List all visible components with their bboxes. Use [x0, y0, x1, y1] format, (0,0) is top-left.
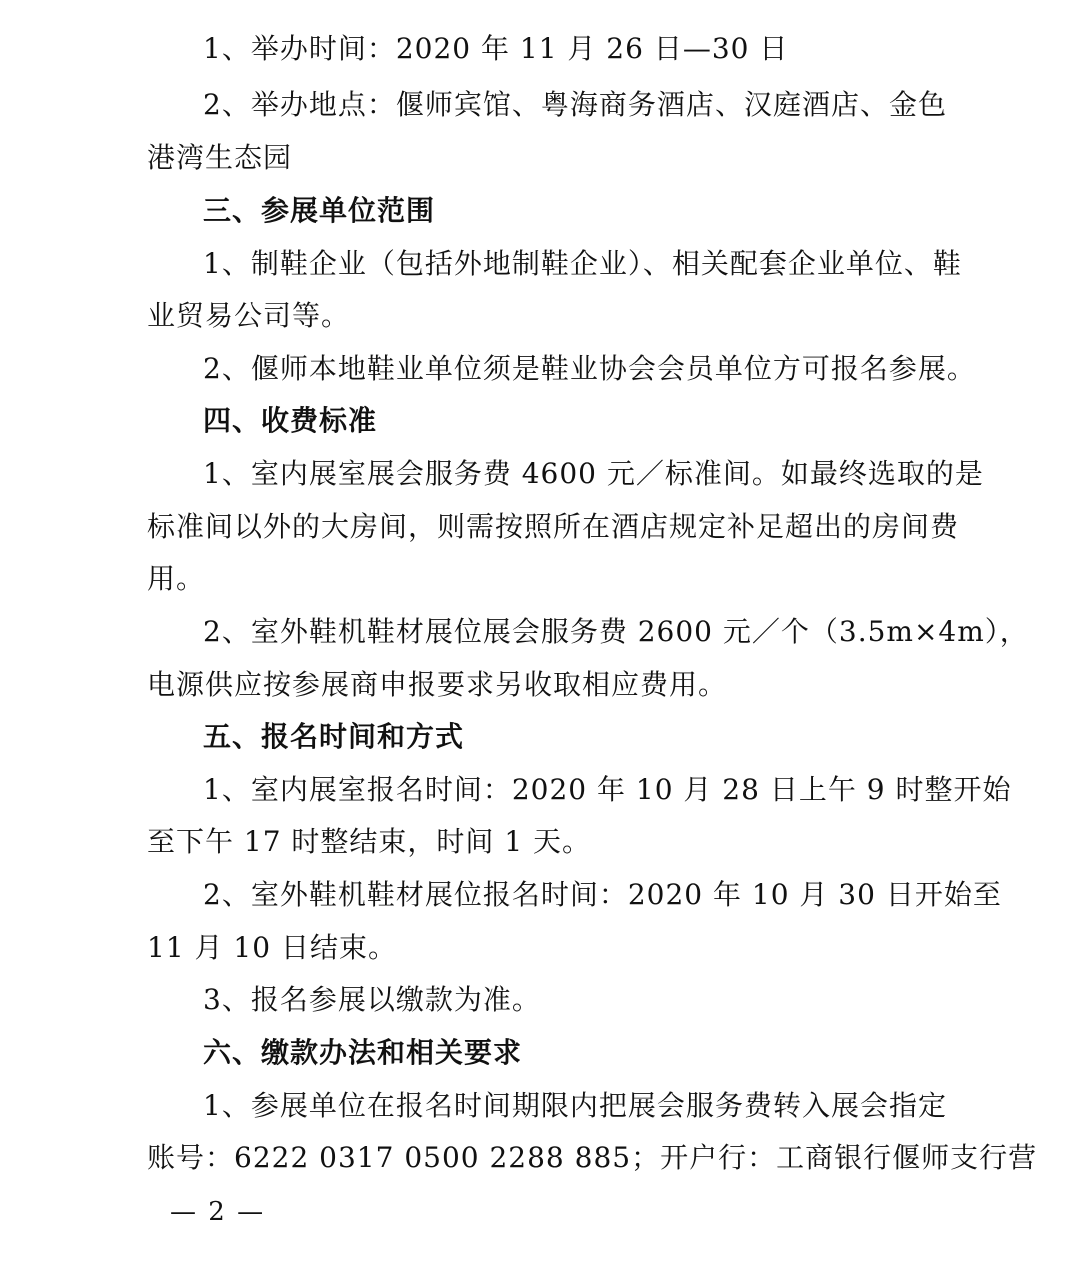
paragraph-line: 标准间以外的大房间，则需按照所在酒店规定补足超出的房间费: [147, 510, 947, 544]
section-heading: 四、收费标准: [203, 404, 947, 438]
paragraph-line: 1、制鞋企业（包括外地制鞋企业）、相关配套企业单位、鞋: [203, 247, 947, 281]
paragraph-line: 2、室外鞋机鞋材展位报名时间：2020 年 10 月 30 日开始至: [203, 878, 947, 912]
paragraph-line: 账号：6222 0317 0500 2288 885；开户行：工商银行偃师支行营: [147, 1141, 947, 1175]
paragraph-line: 用。: [147, 562, 947, 596]
paragraph-line: 港湾生态园: [147, 141, 947, 175]
paragraph-line: 1、举办时间：2020 年 11 月 26 日—30 日: [203, 32, 947, 66]
paragraph-line: 2、举办地点：偃师宾馆、粤海商务酒店、汉庭酒店、金色: [203, 88, 947, 122]
paragraph-line: 2、室外鞋机鞋材展位展会服务费 2600 元／个（3.5m×4m），: [203, 615, 947, 649]
paragraph-line: 2、偃师本地鞋业单位须是鞋业协会会员单位方可报名参展。: [203, 352, 947, 386]
document-page: 1、举办时间：2020 年 11 月 26 日—30 日 2、举办地点：偃师宾馆…: [0, 0, 1080, 1279]
paragraph-line: 至下午 17 时整结束，时间 1 天。: [147, 825, 947, 859]
section-heading: 三、参展单位范围: [203, 194, 947, 228]
paragraph-line: 电源供应按参展商申报要求另收取相应费用。: [147, 668, 947, 702]
paragraph-line: 1、室内展室展会服务费 4600 元／标准间。如最终选取的是: [203, 457, 947, 491]
paragraph-line: 1、参展单位在报名时间期限内把展会服务费转入展会指定: [203, 1089, 947, 1123]
section-heading: 五、报名时间和方式: [203, 720, 947, 754]
paragraph-line: 11 月 10 日结束。: [147, 931, 947, 965]
section-heading: 六、缴款办法和相关要求: [203, 1036, 947, 1070]
paragraph-line: 3、报名参展以缴款为准。: [203, 983, 947, 1017]
paragraph-line: 1、室内展室报名时间：2020 年 10 月 28 日上午 9 时整开始: [203, 773, 947, 807]
paragraph-line: 业贸易公司等。: [147, 299, 947, 333]
page-number: — 2 —: [170, 1196, 265, 1228]
